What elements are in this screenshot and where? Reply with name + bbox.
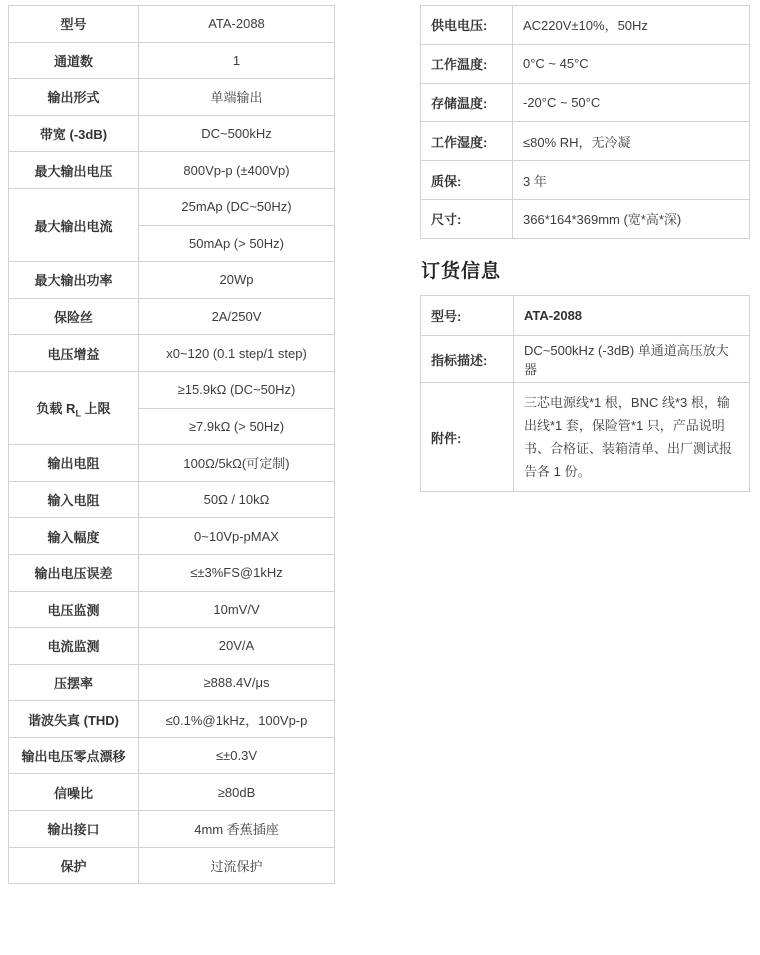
- table-row: 谐波失真 (THD) ≤0.1%@1kHz，100Vp-p: [9, 701, 335, 738]
- spec-label-protection: 保护: [9, 847, 139, 884]
- spec-value-thd: ≤0.1%@1kHz，100Vp-p: [139, 701, 335, 738]
- table-row: 最大输出电流 25mAp (DC~50Hz): [9, 188, 335, 225]
- spec-value-gain: x0~120 (0.1 step/1 step): [139, 335, 335, 372]
- table-row: 保护 过流保护: [9, 847, 335, 884]
- env-label-storage-temp: 存储温度:: [421, 83, 513, 122]
- table-row: 保险丝 2A/250V: [9, 298, 335, 335]
- spec-value-slew-rate: ≥888.4V/μs: [139, 664, 335, 701]
- table-row: 最大输出功率 20Wp: [9, 262, 335, 299]
- spec-label-voltage-error: 输出电压误差: [9, 554, 139, 591]
- spec-label-current-monitor: 电流监测: [9, 628, 139, 665]
- spec-value-snr: ≥80dB: [139, 774, 335, 811]
- env-value-storage-temp: -20°C ~ 50°C: [513, 83, 750, 122]
- spec-label-channels: 通道数: [9, 42, 139, 79]
- spec-label-snr: 信噪比: [9, 774, 139, 811]
- spec-value-model: ATA-2088: [139, 6, 335, 43]
- spec-label-input-amplitude: 输入幅度: [9, 518, 139, 555]
- order-table: 型号: ATA-2088 指标描述: DC~500kHz (-3dB) 单通道高…: [420, 295, 750, 492]
- order-value-model: ATA-2088: [514, 296, 750, 336]
- table-row: 工作温度: 0°C ~ 45°C: [421, 44, 750, 83]
- table-row: 电流监测 20V/A: [9, 628, 335, 665]
- spec-label-max-voltage: 最大输出电压: [9, 152, 139, 189]
- env-label-humidity: 工作湿度:: [421, 122, 513, 161]
- spec-label-zero-drift: 输出电压零点漂移: [9, 737, 139, 774]
- spec-label-fuse: 保险丝: [9, 298, 139, 335]
- env-value-dimensions: 366*164*369mm (宽*高*深): [513, 199, 750, 238]
- env-label-operating-temp: 工作温度:: [421, 44, 513, 83]
- table-row: 存储温度: -20°C ~ 50°C: [421, 83, 750, 122]
- spec-label-max-current: 最大输出电流: [9, 188, 139, 261]
- table-row: 输出形式 单端输出: [9, 79, 335, 116]
- table-row: 输出电阻 100Ω/5kΩ(可定制): [9, 445, 335, 482]
- spec-value-current-monitor: 20V/A: [139, 628, 335, 665]
- spec-value-output-connector: 4mm 香蕉插座: [139, 811, 335, 848]
- table-row: 压摆率 ≥888.4V/μs: [9, 664, 335, 701]
- spec-value-zero-drift: ≤±0.3V: [139, 737, 335, 774]
- env-value-supply-voltage: AC220V±10%，50Hz: [513, 6, 750, 45]
- spec-label-output-form: 输出形式: [9, 79, 139, 116]
- table-row: 工作湿度: ≤80% RH，无冷凝: [421, 122, 750, 161]
- table-row: 输出接口 4mm 香蕉插座: [9, 811, 335, 848]
- spec-value-max-voltage: 800Vp-p (±400Vp): [139, 152, 335, 189]
- spec-value-load-limit-ac: ≥7.9kΩ (> 50Hz): [139, 408, 335, 445]
- spec-value-voltage-error: ≤±3%FS@1kHz: [139, 554, 335, 591]
- spec-value-bandwidth: DC~500kHz: [139, 115, 335, 152]
- env-label-warranty: 质保:: [421, 161, 513, 200]
- spec-label-output-resistance: 输出电阻: [9, 445, 139, 482]
- table-row: 电压增益 x0~120 (0.1 step/1 step): [9, 335, 335, 372]
- spec-value-max-current-ac: 50mAp (> 50Hz): [139, 225, 335, 262]
- order-label-accessories: 附件:: [421, 383, 514, 492]
- table-row: 输出电压误差 ≤±3%FS@1kHz: [9, 554, 335, 591]
- env-value-operating-temp: 0°C ~ 45°C: [513, 44, 750, 83]
- table-row: 输入电阻 50Ω / 10kΩ: [9, 481, 335, 518]
- spec-label-bandwidth: 带宽 (-3dB): [9, 115, 139, 152]
- table-row: 输入幅度 0~10Vp-pMAX: [9, 518, 335, 555]
- env-label-supply-voltage: 供电电压:: [421, 6, 513, 45]
- spec-label-slew-rate: 压摆率: [9, 664, 139, 701]
- spec-value-fuse: 2A/250V: [139, 298, 335, 335]
- spec-value-channels: 1: [139, 42, 335, 79]
- spec-value-input-resistance: 50Ω / 10kΩ: [139, 481, 335, 518]
- spec-table: 型号 ATA-2088 通道数 1 输出形式 单端输出 带宽 (-3dB) DC…: [8, 5, 335, 884]
- spec-label-load-limit: 负载 RL 上限: [9, 371, 139, 444]
- spec-value-input-amplitude: 0~10Vp-pMAX: [139, 518, 335, 555]
- order-info-heading: 订货信息: [421, 256, 501, 283]
- spec-label-gain: 电压增益: [9, 335, 139, 372]
- spec-value-load-limit-dc: ≥15.9kΩ (DC~50Hz): [139, 371, 335, 408]
- spec-value-max-power: 20Wp: [139, 262, 335, 299]
- table-row: 带宽 (-3dB) DC~500kHz: [9, 115, 335, 152]
- table-row: 输出电压零点漂移 ≤±0.3V: [9, 737, 335, 774]
- table-row: 通道数 1: [9, 42, 335, 79]
- env-label-dimensions: 尺寸:: [421, 199, 513, 238]
- spec-label-input-resistance: 输入电阻: [9, 481, 139, 518]
- table-row: 负载 RL 上限 ≥15.9kΩ (DC~50Hz): [9, 371, 335, 408]
- order-value-description: DC~500kHz (-3dB) 单通道高压放大器: [514, 336, 750, 383]
- table-row: 电压监测 10mV/V: [9, 591, 335, 628]
- spec-label-max-power: 最大输出功率: [9, 262, 139, 299]
- order-value-accessories: 三芯电源线*1 根，BNC 线*3 根，输出线*1 套，保险管*1 只，产品说明…: [514, 383, 750, 492]
- spec-value-max-current-dc: 25mAp (DC~50Hz): [139, 188, 335, 225]
- spec-value-protection: 过流保护: [139, 847, 335, 884]
- spec-label-model: 型号: [9, 6, 139, 43]
- spec-value-output-resistance: 100Ω/5kΩ(可定制): [139, 445, 335, 482]
- spec-sheet-page: 型号 ATA-2088 通道数 1 输出形式 单端输出 带宽 (-3dB) DC…: [0, 0, 760, 955]
- env-value-humidity: ≤80% RH，无冷凝: [513, 122, 750, 161]
- table-row: 最大输出电压 800Vp-p (±400Vp): [9, 152, 335, 189]
- spec-value-voltage-monitor: 10mV/V: [139, 591, 335, 628]
- spec-label-output-connector: 输出接口: [9, 811, 139, 848]
- table-row: 型号: ATA-2088: [421, 296, 750, 336]
- table-row: 供电电压: AC220V±10%，50Hz: [421, 6, 750, 45]
- table-row: 附件: 三芯电源线*1 根，BNC 线*3 根，输出线*1 套，保险管*1 只，…: [421, 383, 750, 492]
- table-row: 指标描述: DC~500kHz (-3dB) 单通道高压放大器: [421, 336, 750, 383]
- spec-value-output-form: 单端输出: [139, 79, 335, 116]
- table-row: 尺寸: 366*164*369mm (宽*高*深): [421, 199, 750, 238]
- spec-label-voltage-monitor: 电压监测: [9, 591, 139, 628]
- order-label-description: 指标描述:: [421, 336, 514, 383]
- table-row: 型号 ATA-2088: [9, 6, 335, 43]
- spec-label-thd: 谐波失真 (THD): [9, 701, 139, 738]
- env-table: 供电电压: AC220V±10%，50Hz 工作温度: 0°C ~ 45°C 存…: [420, 5, 750, 239]
- table-row: 信噪比 ≥80dB: [9, 774, 335, 811]
- table-row: 质保: 3 年: [421, 161, 750, 200]
- env-value-warranty: 3 年: [513, 161, 750, 200]
- order-label-model: 型号:: [421, 296, 514, 336]
